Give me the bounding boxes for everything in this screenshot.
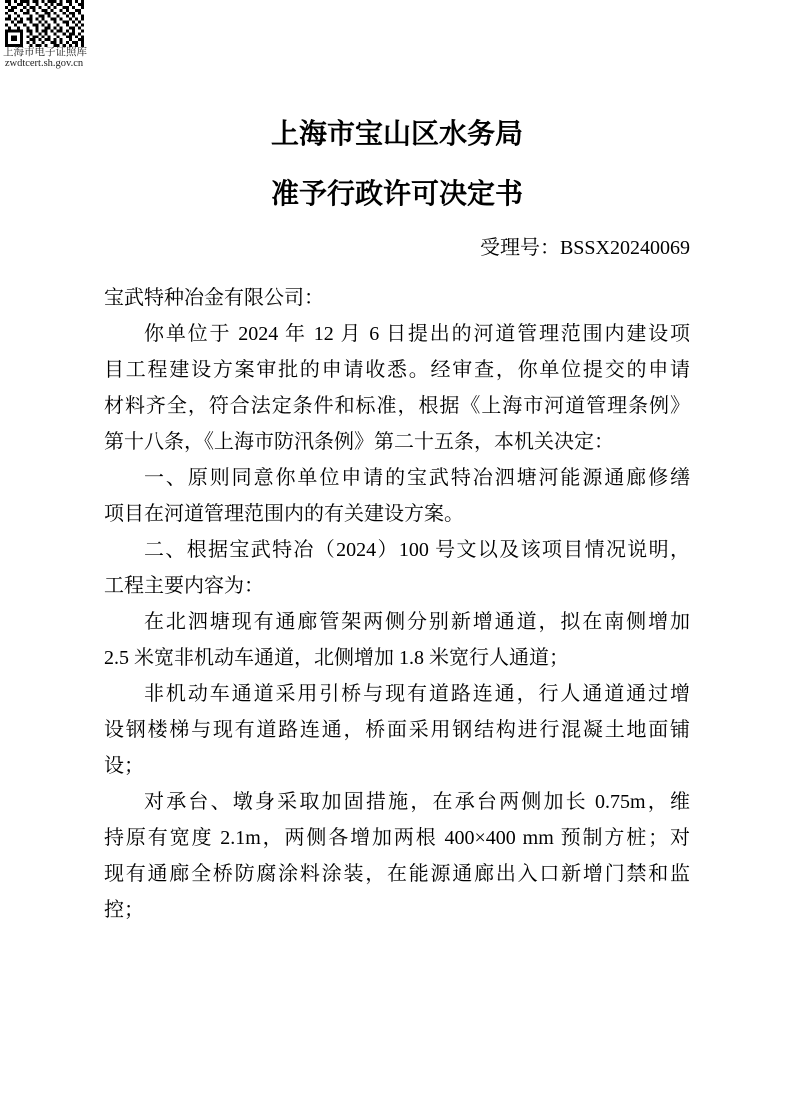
body-line: 你单位于 2024 年 12 月 6 日提出的河道管理范围内建设项 (104, 316, 690, 352)
body-line: 设； (104, 748, 690, 784)
electronic-license-stamp: 上海市电子证照库 zwdtcert.sh.gov.cn (3, 0, 85, 69)
body-line: 第十八条，《上海市防汛条例》第二十五条，本机关决定： (104, 424, 690, 460)
body-line: 对承台、墩身采取加固措施，在承台两侧加长 0.75m，维 (104, 784, 690, 820)
acceptance-number: 受理号：BSSX20240069 (104, 234, 690, 262)
body-line: 控； (104, 892, 690, 928)
body-line: 工程主要内容为： (104, 568, 690, 604)
document-page: 上海市电子证照库 zwdtcert.sh.gov.cn 上海市宝山区水务局 准予… (0, 0, 794, 1093)
body-line: 非机动车通道采用引桥与现有道路连通，行人通道通过增 (104, 676, 690, 712)
qr-code-icon (5, 0, 84, 47)
body-line: 材料齐全，符合法定条件和标准，根据《上海市河道管理条例》 (104, 388, 690, 424)
body-line: 在北泗塘现有通廊管架两侧分别新增通道，拟在南侧增加 (104, 604, 690, 640)
body-line: 现有通廊全桥防腐涂料涂装，在能源通廊出入口新增门禁和监 (104, 856, 690, 892)
document-title: 准予行政许可决定书 (0, 178, 794, 212)
body-line: 目工程建设方案审批的申请收悉。经审查，你单位提交的申请 (104, 352, 690, 388)
qr-caption-url: zwdtcert.sh.gov.cn (3, 58, 85, 69)
body-line: 宝武特种冶金有限公司： (104, 280, 690, 316)
body-line: 项目在河道管理范围内的有关建设方案。 (104, 496, 690, 532)
body-line: 2.5 米宽非机动车通道，北侧增加 1.8 米宽行人通道； (104, 640, 690, 676)
agency-title: 上海市宝山区水务局 (0, 118, 794, 152)
body-line: 持原有宽度 2.1m，两侧各增加两根 400×400 mm 预制方桩；对 (104, 820, 690, 856)
document-body: 宝武特种冶金有限公司： 你单位于 2024 年 12 月 6 日提出的河道管理范… (104, 280, 690, 928)
body-line: 一、原则同意你单位申请的宝武特冶泗塘河能源通廊修缮 (104, 460, 690, 496)
qr-caption-library: 上海市电子证照库 (3, 47, 85, 58)
body-line: 设钢楼梯与现有道路连通，桥面采用钢结构进行混凝土地面铺 (104, 712, 690, 748)
body-line: 二、根据宝武特冶（2024）100 号文以及该项目情况说明， (104, 532, 690, 568)
